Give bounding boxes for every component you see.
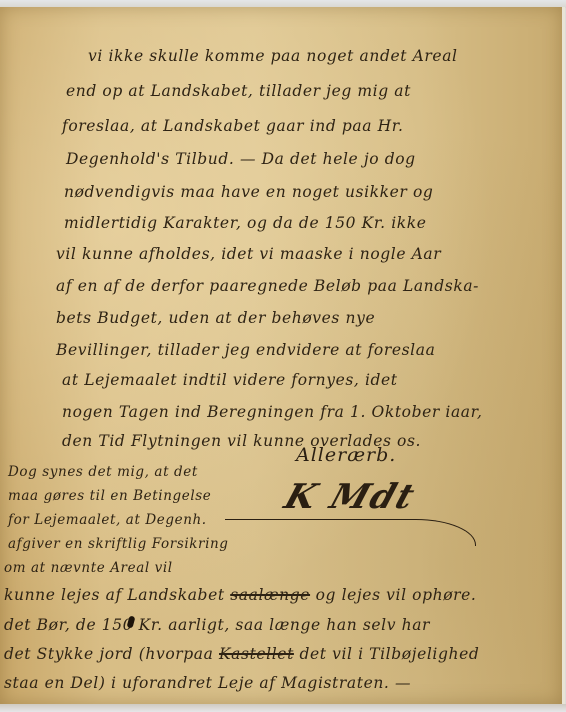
body-line: vil kunne afholdes, idet vi maaske i nog… (56, 245, 441, 263)
body-line: end op at Landskabet, tillader jeg mig a… (66, 82, 411, 100)
struck-word: Kastellet (219, 645, 294, 663)
body-line: at Lejemaalet indtil videre fornyes, ide… (62, 371, 398, 389)
body-line: Degenhold's Tilbud. — Da det hele jo dog (66, 150, 416, 168)
body-line: vi ikke skulle komme paa noget andet Are… (88, 47, 458, 65)
struck-word: saalænge (230, 586, 310, 604)
body-line: Bevillinger, tillader jeg endvidere at f… (56, 341, 435, 359)
continuation-line: det Bør, de 150 Kr. aarligt, saa længe h… (4, 616, 430, 634)
margin-note-line: Dog synes det mig, at det (8, 464, 198, 480)
insertion-mark (225, 519, 476, 546)
continuation-text: og lejes vil ophøre. (316, 586, 477, 604)
continuation-text: kunne lejes af Landskabet (4, 586, 225, 604)
continuation-line: staa en Del) i uforandret Leje af Magist… (4, 674, 411, 692)
body-line: af en af de derfor paaregnede Beløb paa … (56, 277, 479, 295)
margin-note-line: maa gøres til en Betingelse (8, 488, 211, 504)
body-line: bets Budget, uden at der behøves nye (56, 309, 375, 327)
continuation-text: det Stykke jord (hvorpaa (4, 645, 213, 663)
margin-note-line: for Lejemaalet, at Degenh. (8, 512, 207, 528)
body-line: nogen Tagen ind Beregningen fra 1. Oktob… (62, 403, 482, 421)
margin-note-line: om at nævnte Areal vil (4, 560, 173, 576)
body-line: foreslaa, at Landskabet gaar ind paa Hr. (62, 117, 404, 135)
scanner-edge-bottom (0, 704, 566, 712)
body-line: nødvendigvis maa have en noget usikker o… (64, 183, 433, 201)
continuation-line: kunne lejes af Landskabet saalænge og le… (4, 586, 476, 604)
body-line: midlertidig Karakter, og da de 150 Kr. i… (64, 214, 427, 232)
continuation-line: det Stykke jord (hvorpaa Kastellet det v… (4, 645, 479, 663)
closing-salutation: Allerærb. (296, 444, 396, 466)
signature: K Mdt (280, 477, 422, 517)
letter-paper: vi ikke skulle komme paa noget andet Are… (0, 7, 565, 704)
scanned-page: vi ikke skulle komme paa noget andet Are… (0, 0, 566, 712)
continuation-text: det vil i Tilbøjelighed (299, 645, 479, 663)
margin-note-line: afgiver en skriftlig Forsikring (8, 536, 229, 552)
